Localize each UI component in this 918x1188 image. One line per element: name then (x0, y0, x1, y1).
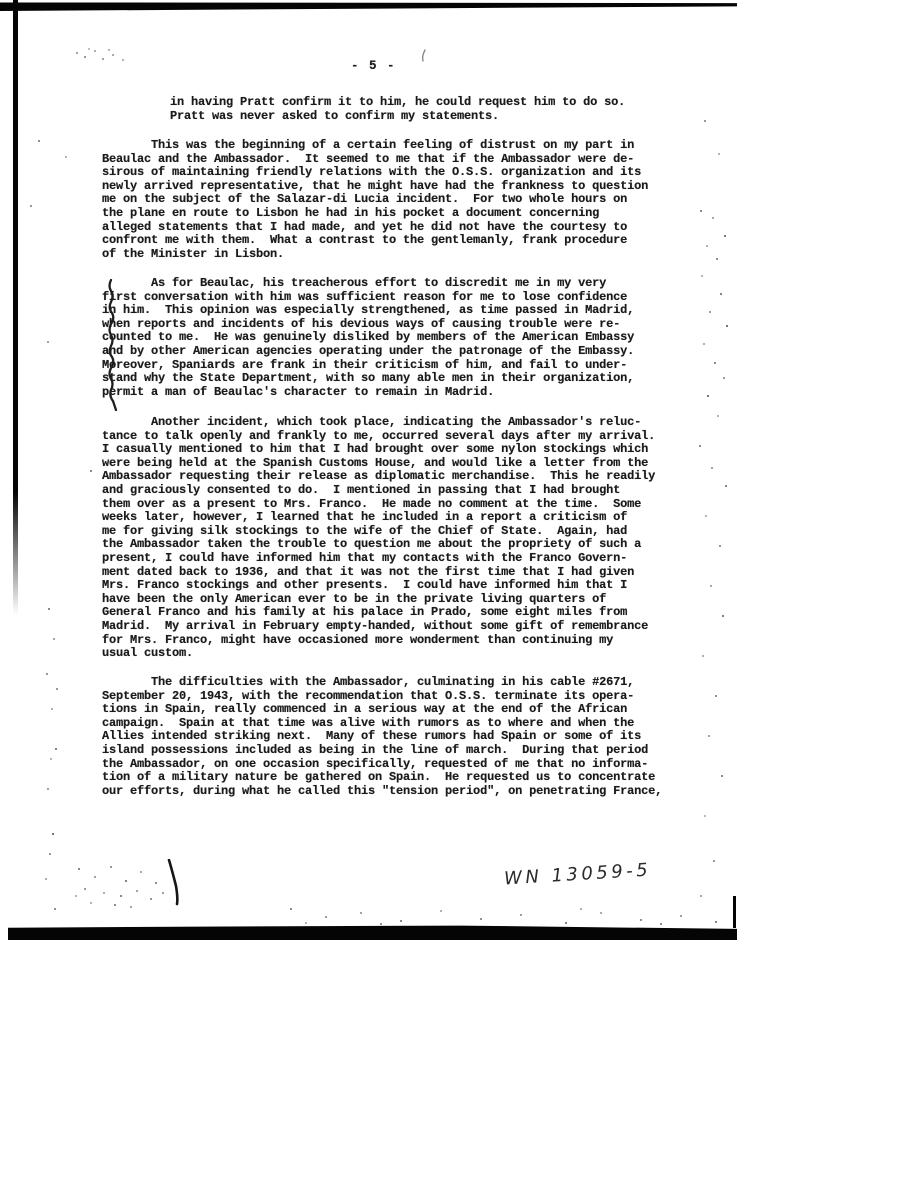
paragraph-3: As for Beaulac, his treacherous effort t… (102, 277, 634, 399)
handwritten-reference-number: WN 13059-5 (503, 860, 651, 890)
pencil-tick-mark (416, 48, 430, 64)
scan-noise (280, 900, 282, 902)
paragraph-2: This was the beginning of a certain feel… (102, 139, 648, 261)
paragraph-5: The difficulties with the Ambassador, cu… (102, 676, 662, 798)
scan-edge-right (733, 896, 736, 928)
scan-noise (698, 115, 700, 117)
bottom-pen-stroke (165, 859, 183, 907)
pencil-smudge (72, 46, 74, 48)
scanned-document-page: - 5 - in having Pratt confirm it to him,… (0, 0, 918, 1188)
paragraph-4: Another incident, which took place, indi… (102, 416, 655, 661)
scan-noise (70, 862, 72, 864)
scan-edge-top (0, 2, 737, 11)
margin-pen-mark (105, 279, 119, 417)
scan-noise (30, 136, 32, 138)
paragraph-1: in having Pratt confirm it to him, he co… (170, 96, 625, 123)
page-number: - 5 - (351, 59, 396, 73)
scan-edge-bottom (8, 925, 737, 940)
scan-noise (44, 598, 46, 600)
scan-edge-left (13, 0, 18, 615)
